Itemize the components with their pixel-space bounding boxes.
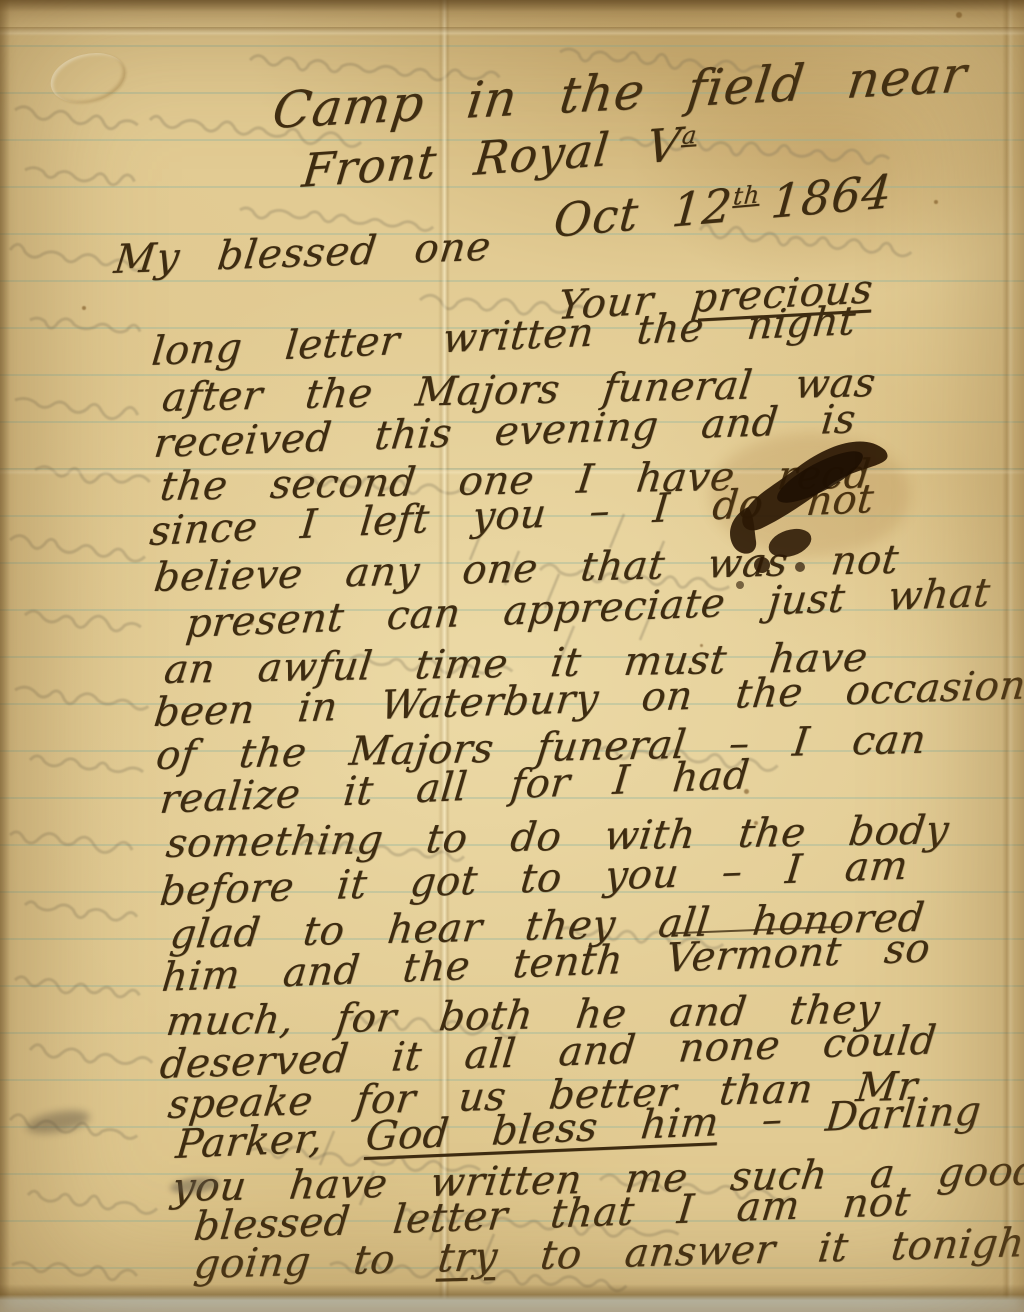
letter-text: Camp in the field near Front Royal Va Oc… [0,0,1024,1312]
ink-blot [670,415,930,615]
letter-salutation: My blessed one [112,227,494,280]
ink-speck [934,200,938,204]
ink-speck [82,306,86,310]
letter-page: Camp in the field near Front Royal Va Oc… [0,0,1024,1312]
scan-edge-left [0,0,10,1312]
date-year: 1864 [769,164,894,229]
letter-line: long letter written the night [150,301,857,372]
letter-heading-date: Oct 12th1864 [552,168,894,244]
location-superscript: a [681,121,699,150]
scan-edge-top [0,0,1024,30]
ink-speck [700,644,703,647]
scan-edge-bottom [0,1284,1024,1312]
ink-speck [744,789,749,794]
ink-speck [250,622,253,625]
date-prefix: Oct 12 [552,178,735,248]
ink-speck [754,821,758,825]
emphasized-text: Vermont [664,929,844,982]
date-superscript: th [732,180,761,211]
emphasized-text: try [436,1234,501,1282]
